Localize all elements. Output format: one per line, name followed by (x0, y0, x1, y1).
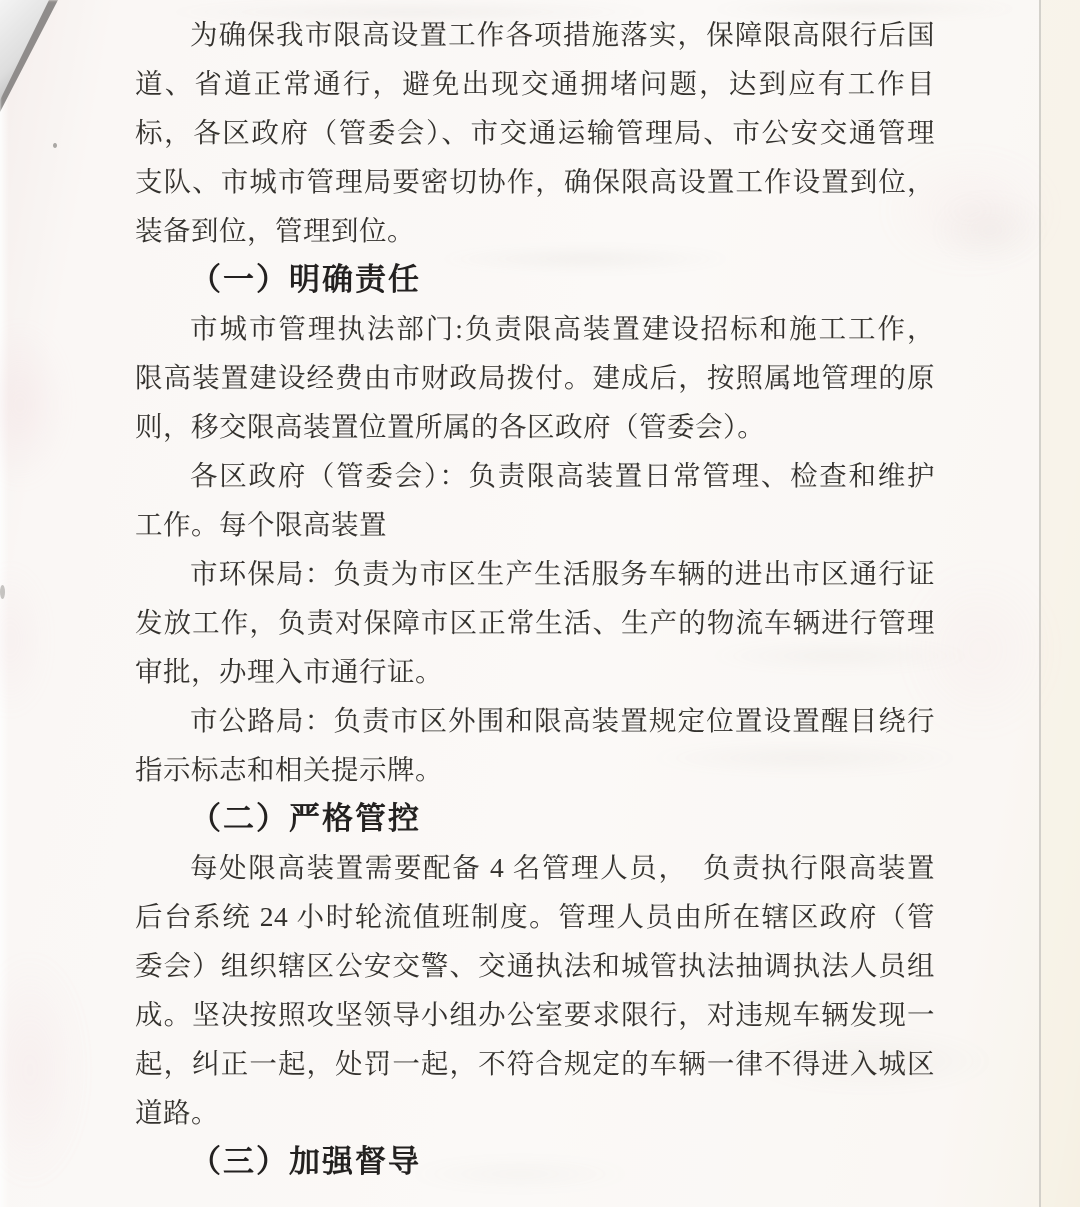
document-line: 成。坚决按照攻坚领导小组办公室要求限行，对违规车辆发现一 (135, 990, 935, 1039)
document-line: 发放工作，负责对保障市区正常生活、生产的物流车辆进行管理 (135, 598, 935, 647)
bleed-through-smudge (930, 190, 1050, 270)
document-line: 支队、市城市管理局要密切协作，确保限高设置工作设置到位， (135, 157, 935, 206)
document-line: 工作。每个限高装置 (135, 500, 935, 549)
document-line: 各区政府（管委会）：负责限高装置日常管理、检查和维护 (135, 451, 935, 500)
section-heading: （三）加强督导 (135, 1137, 935, 1186)
pink-scan-blotch (0, 320, 70, 490)
document-line: 指示标志和相关提示牌。 (135, 745, 935, 794)
document-line: 每处限高装置需要配备 4 名管理人员， 负责执行限高装置 (135, 843, 935, 892)
document-line: 道路。 (135, 1088, 935, 1137)
document-body: 为确保我市限高设置工作各项措施落实，保障限高限行后国道、省道正常通行，避免出现交… (135, 10, 935, 1186)
document-line: 后台系统 24 小时轮流值班制度。管理人员由所在辖区政府（管 (135, 892, 935, 941)
document-line: 装备到位，管理到位。 (135, 206, 935, 255)
document-line: 市公路局：负责市区外围和限高装置规定位置设置醒目绕行 (135, 696, 935, 745)
section-heading: （二）严格管控 (135, 794, 935, 843)
document-line: 为确保我市限高设置工作各项措施落实，保障限高限行后国 (135, 10, 935, 59)
folded-corner-artifact (0, 0, 70, 120)
pink-scan-blotch (0, 950, 85, 1190)
dust-speck (53, 143, 57, 148)
document-line: 市环保局：负责为市区生产生活服务车辆的进出市区通行证 (135, 549, 935, 598)
dust-speck (0, 585, 5, 599)
document-line: 标，各区政府（管委会）、市交通运输管理局、市公安交通管理 (135, 108, 935, 157)
document-line: 委会）组织辖区公安交警、交通执法和城管执法抽调执法人员组 (135, 941, 935, 990)
scan-right-margin-tint (1041, 0, 1080, 1207)
document-line: 审批，办理入市通行证。 (135, 647, 935, 696)
scan-left-edge (0, 0, 9, 1207)
scanned-document-page: 为确保我市限高设置工作各项措施落实，保障限高限行后国道、省道正常通行，避免出现交… (0, 0, 1080, 1207)
section-heading: （一）明确责任 (135, 255, 935, 304)
document-line: 则，移交限高装置位置所属的各区政府（管委会）。 (135, 402, 935, 451)
document-line: 道、省道正常通行，避免出现交通拥堵问题，达到应有工作目 (135, 59, 935, 108)
document-line: 起，纠正一起，处罚一起，不符合规定的车辆一律不得进入城区 (135, 1039, 935, 1088)
document-line: 市城市管理执法部门:负责限高装置建设招标和施工工作， (135, 304, 935, 353)
page-edge-line (1039, 0, 1041, 1207)
document-line: 限高装置建设经费由市财政局拨付。建成后，按照属地管理的原 (135, 353, 935, 402)
